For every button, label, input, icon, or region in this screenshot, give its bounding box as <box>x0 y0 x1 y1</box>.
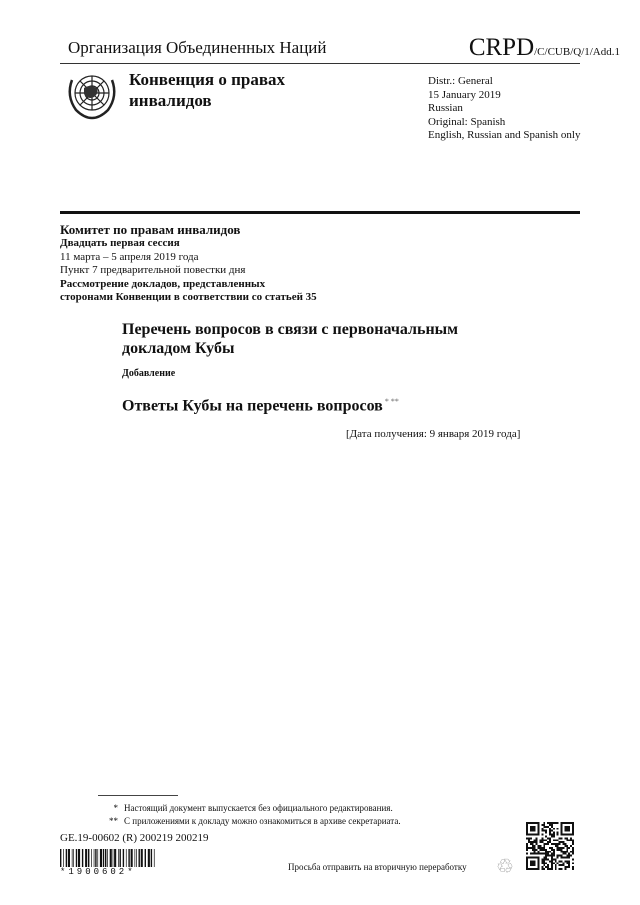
topic-line2: сторонами Конвенции в соответствии со ст… <box>60 291 317 305</box>
date-received: [Дата получения: 9 января 2019 года] <box>346 428 520 440</box>
document-title: Перечень вопросов в связи с первоначальн… <box>122 320 502 358</box>
barcode-icon <box>60 849 156 867</box>
footnote-1: *Настоящий документ выпускается без офиц… <box>104 802 401 815</box>
topic-line1: Рассмотрение докладов, представленных <box>60 278 317 292</box>
convention-title-line2: инвалидов <box>129 90 285 111</box>
symbol-suffix: /C/CUB/Q/1/Add.1 <box>534 46 620 58</box>
footnote-marks[interactable]: * ** <box>385 397 399 406</box>
distr: Distr.: General <box>428 75 580 89</box>
distr-original: Original: Spanish <box>428 116 580 130</box>
footnote-divider <box>98 795 178 796</box>
distr-languages-only: English, Russian and Spanish only <box>428 129 580 143</box>
document-title-line1: Перечень вопросов в связи с первоначальн… <box>122 320 502 339</box>
document-symbol: CRPD/C/CUB/Q/1/Add.1 <box>469 34 620 62</box>
document-title-line2: докладом Кубы <box>122 339 502 358</box>
footnote-text: Настоящий документ выпускается без офици… <box>124 803 393 813</box>
distr-date: 15 January 2019 <box>428 89 580 103</box>
symbol-main: CRPD <box>469 34 534 61</box>
convention-title: Конвенция о правах инвалидов <box>129 69 285 111</box>
convention-title-line1: Конвенция о правах <box>129 69 285 90</box>
job-number: GE.19-00602 (R) 200219 200219 <box>60 832 209 844</box>
distr-language: Russian <box>428 102 580 116</box>
reply-title-text: Ответы Кубы на перечень вопросов <box>122 397 383 414</box>
qr-code-icon <box>526 822 574 870</box>
committee-name: Комитет по правам инвалидов <box>60 222 317 237</box>
distribution-block: Distr.: General 15 January 2019 Russian … <box>428 75 580 143</box>
reply-title: Ответы Кубы на перечень вопросов* ** <box>122 397 399 415</box>
un-emblem-icon <box>64 66 120 122</box>
committee-session: Двадцать первая сессия <box>60 237 317 251</box>
addendum-label: Добавление <box>122 368 175 379</box>
recycle-text: Просьба отправить на вторичную переработ… <box>288 862 467 872</box>
header-divider <box>60 63 580 64</box>
committee-block: Комитет по правам инвалидов Двадцать пер… <box>60 222 317 305</box>
footnote-2: **С приложениями к докладу можно ознаком… <box>104 815 401 828</box>
footnotes: *Настоящий документ выпускается без офиц… <box>104 802 401 828</box>
barcode-text: *1900602* <box>60 867 136 877</box>
footnote-mark: ** <box>104 815 118 828</box>
recycle-icon: ♲ <box>496 854 514 879</box>
footnote-text: С приложениями к докладу можно ознакомит… <box>124 816 401 826</box>
committee-dates: 11 марта – 5 апреля 2019 года <box>60 251 317 265</box>
agenda-item: Пункт 7 предварительной повестки дня <box>60 264 317 278</box>
section-divider <box>60 211 580 214</box>
organization-name: Организация Объединенных Наций <box>68 38 327 58</box>
footnote-mark: * <box>104 802 118 815</box>
